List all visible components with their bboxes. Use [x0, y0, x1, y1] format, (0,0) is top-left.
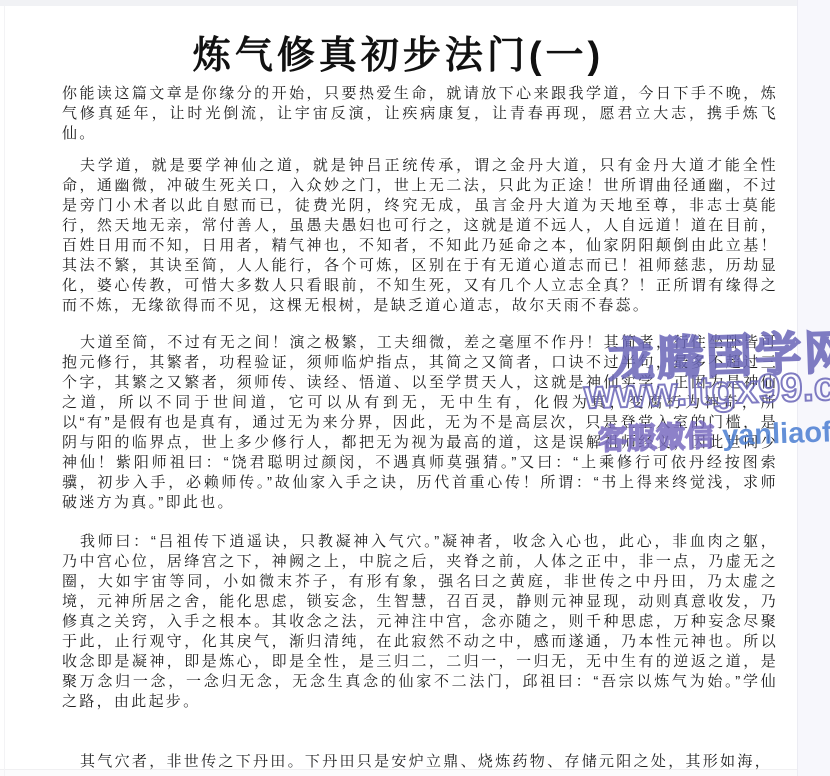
paragraph-learning-dao: 夫学道，就是要学神仙之道，就是钟吕正统传承，谓之金丹大道，只有金丹大道才能全性命… [62, 156, 778, 316]
scan-edge-right [797, 0, 830, 776]
paragraph-great-dao-simplicity: 大道至简，不过有无之间！演之极繁，工夫细微，差之毫厘不作丹！其简者，行住坐卧皆可… [62, 333, 778, 513]
scan-edge-top [0, 0, 830, 6]
paragraph-qi-cavity: 其气穴者，非世传之下丹田。下丹田只是安炉立鼎、烧炼药物、存储元阳之处，其形如海， [62, 752, 778, 772]
scanned-document-page: { "page": { "title": "炼气修真初步法门(一)", "par… [0, 0, 830, 776]
scan-edge-left [4, 6, 5, 776]
paragraph-intro: 你能读这篇文章是你缘分的开始，只要热爱生命，就请放下心来跟我学道，今日下手不晚，… [62, 84, 778, 144]
paragraph-master-teaching: 我师曰：“吕祖传下逍遥诀，只教凝神入气穴。”凝神者，收念入心也，此心，非血肉之躯… [62, 532, 778, 712]
page-title: 炼气修真初步法门(一) [0, 24, 797, 79]
